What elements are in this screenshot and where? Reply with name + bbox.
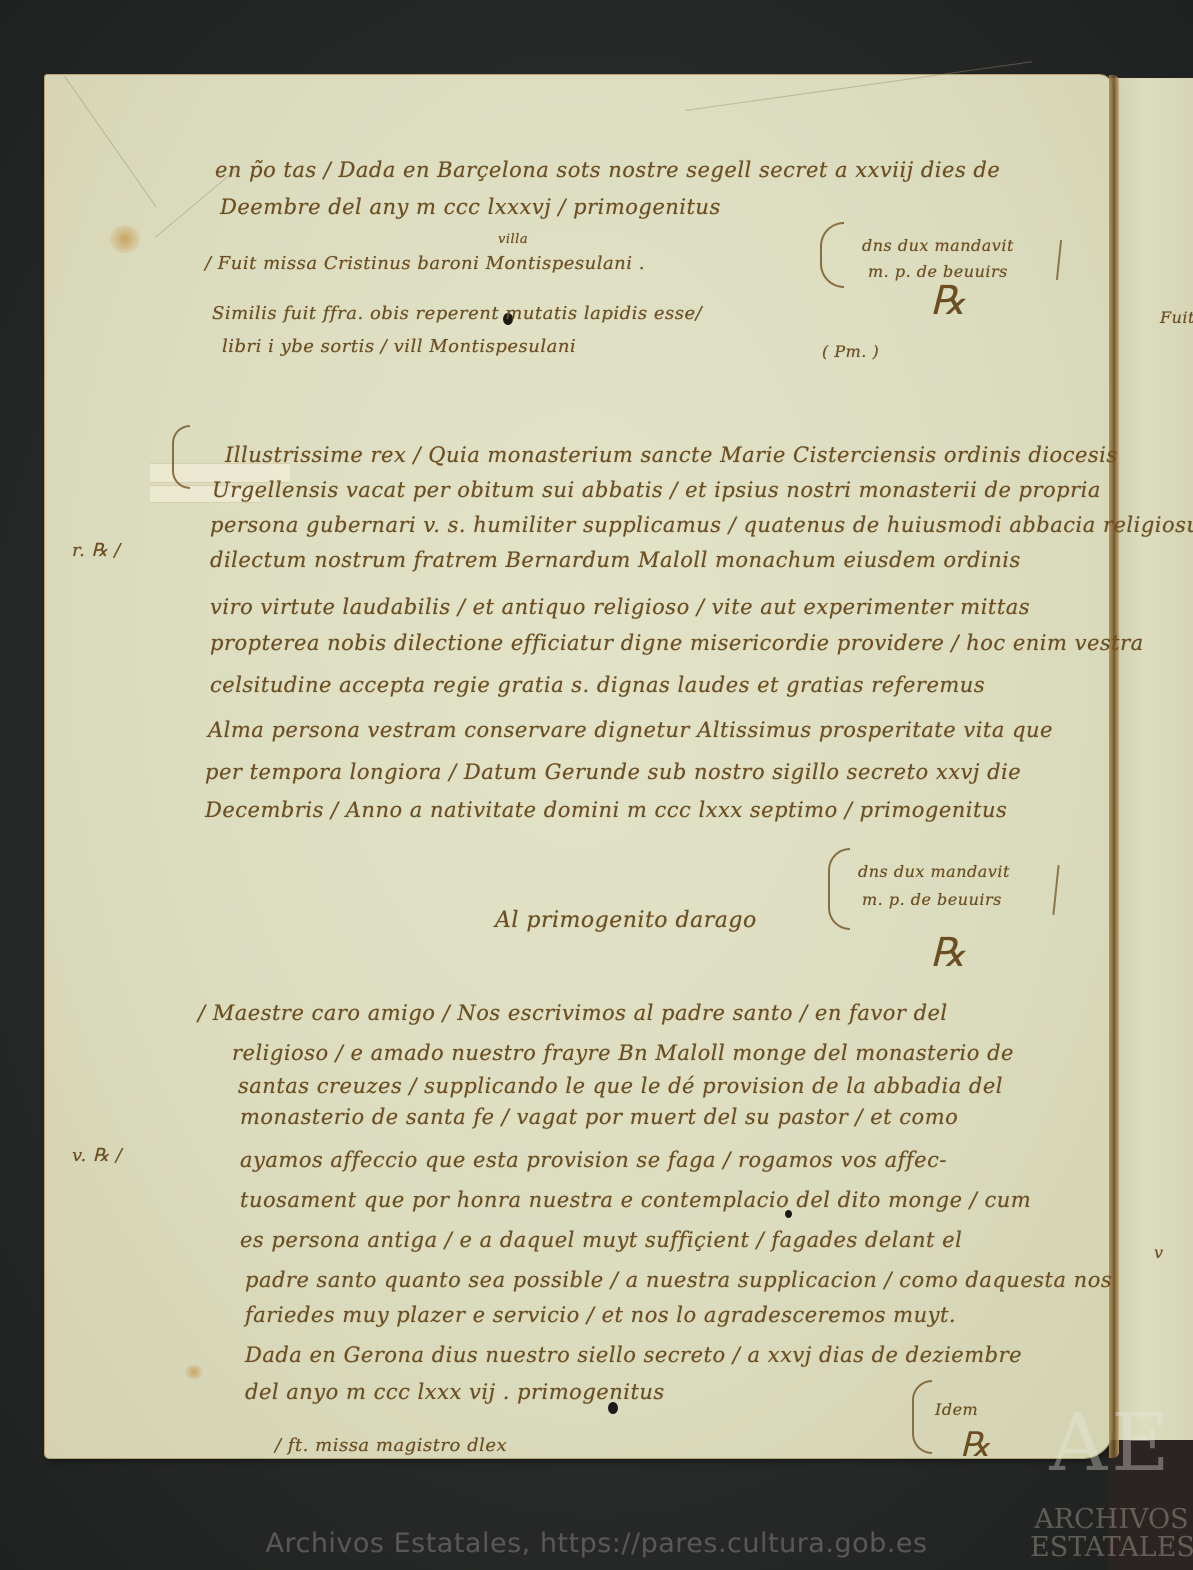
entry3-line: del anyo m ccc lxxx vij . primogenitus xyxy=(245,1382,665,1403)
note1-line: Similis fuit ffra. obis reperent mutatis… xyxy=(212,305,702,323)
entry2-line: Illustrissime rex / Quia monasterium san… xyxy=(225,445,1118,466)
facing-page: Fuit v xyxy=(1110,78,1193,1518)
entry1-line: en p̃o tas / Dada en Barçelona sots nost… xyxy=(215,160,1000,181)
paraph-sign: ℞ xyxy=(930,278,966,324)
address-heading: Al primogenito darago xyxy=(495,910,757,932)
entry2-line: Urgellensis vacat per obitum sui abbatis… xyxy=(212,480,1101,501)
bracket xyxy=(828,848,850,930)
entry2-line: persona gubernari v. s. humiliter suppli… xyxy=(210,515,1193,536)
entry2-line: Decembris / Anno a nativitate domini m c… xyxy=(205,800,1007,821)
facing-margin-mark: v xyxy=(1154,1243,1164,1262)
entry3-line: es persona antiga / e a daquel muyt suff… xyxy=(240,1230,962,1251)
entry1-line: Deembre del any m ccc lxxxvj / primogeni… xyxy=(220,197,721,218)
entry3-line: / Maestre caro amigo / Nos escrivimos al… xyxy=(198,1003,948,1024)
margin-mark: r. ℞ / xyxy=(72,540,121,561)
note1-line: libri i ybe sortis / vill Montispesulani xyxy=(222,338,576,356)
foxing-stain xyxy=(185,1365,203,1379)
paraph-sign: ℞ xyxy=(960,1425,990,1465)
entry2-line: per tempora longiora / Datum Gerunde sub… xyxy=(205,762,1021,783)
entry3-line: tuosament que por honra nuestra e contem… xyxy=(240,1190,1031,1211)
paraph-sign: ℞ xyxy=(930,930,966,976)
bracket xyxy=(172,425,190,489)
entry2-line: propterea nobis dilectione efficiatur di… xyxy=(210,633,1144,654)
entry2-line: celsitudine accepta regie gratia s. dign… xyxy=(210,675,985,696)
entry2-line: viro virtute laudabilis / et antiquo rel… xyxy=(210,597,1030,618)
footnote: / ft. missa magistro dlex xyxy=(275,1435,507,1456)
chancery-note: dns dux mandavit xyxy=(862,236,1014,255)
entry2-line: dilectum nostrum fratrem Bernardum Malol… xyxy=(210,550,1021,571)
entry2-line: Alma persona vestram conservare dignetur… xyxy=(208,720,1053,741)
fold-crease xyxy=(64,76,157,208)
entry3-line: religioso / e amado nuestro frayre Bn Ma… xyxy=(232,1043,1014,1064)
logo-letters: AE xyxy=(1030,1395,1193,1490)
interlinear-note: villa xyxy=(498,232,528,247)
chancery-note: dns dux mandavit xyxy=(858,862,1010,881)
page-gutter xyxy=(1109,75,1119,1458)
entry3-line: santas creuzes / supplicando le que le d… xyxy=(238,1076,1003,1097)
source-watermark: Archivos Estatales, https://pares.cultur… xyxy=(0,1528,1193,1559)
entry3-line: fariedes muy plazer e servicio / et nos … xyxy=(245,1305,956,1326)
side-note: Idem xyxy=(935,1400,978,1419)
entry3-line: Dada en Gerona dius nuestro siello secre… xyxy=(245,1345,1022,1366)
bracket xyxy=(912,1380,932,1454)
facing-margin-note: Fuit xyxy=(1160,308,1193,327)
margin-mark: v. ℞ / xyxy=(72,1145,122,1166)
entry3-line: padre santo quanto sea possible / a nues… xyxy=(245,1270,1112,1291)
chancery-note: m. p. de beuuirs xyxy=(862,890,1002,909)
entry3-line: monasterio de santa fe / vagat por muert… xyxy=(240,1107,958,1128)
bracket xyxy=(820,222,844,288)
side-note: ( Pm. ) xyxy=(822,342,879,361)
entry3-line: ayamos affeccio que esta provision se fa… xyxy=(240,1150,947,1171)
foxing-stain xyxy=(110,225,140,253)
note1-line: / Fuit missa Cristinus baroni Montispesu… xyxy=(205,255,645,273)
